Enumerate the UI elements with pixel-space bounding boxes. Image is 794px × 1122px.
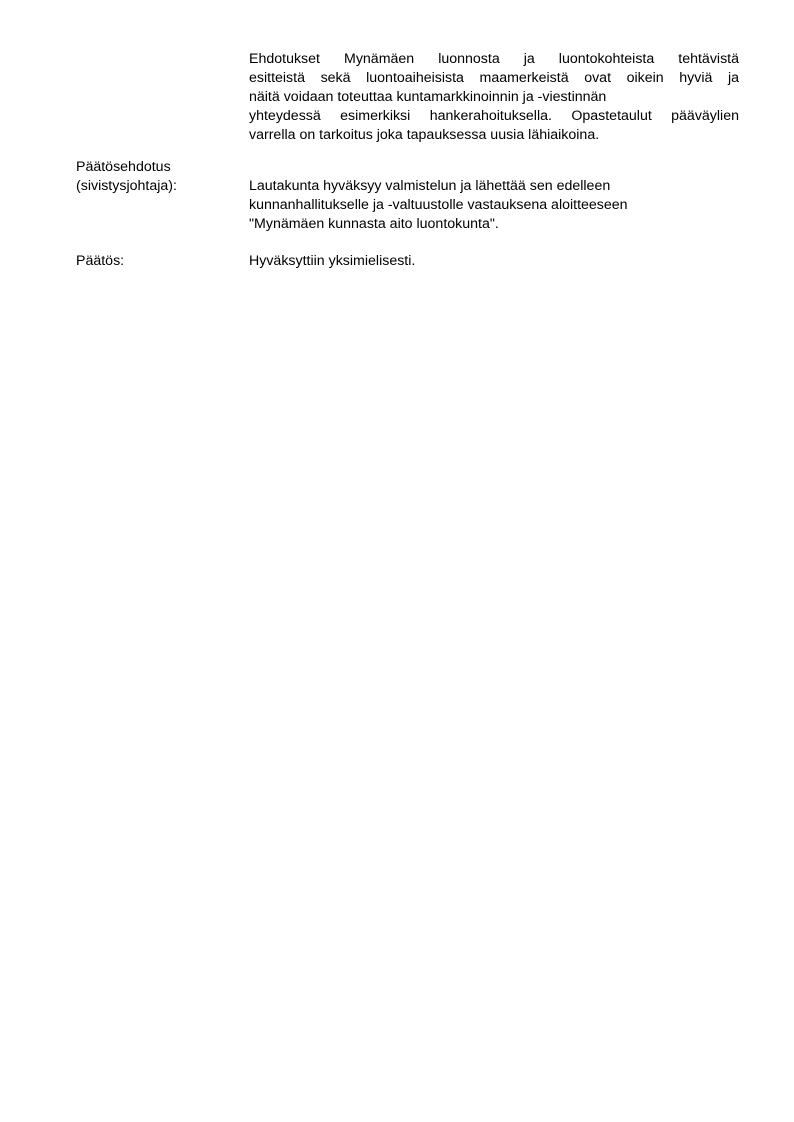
document-page: Ehdotukset Mynämäen luonnosta ja luontok…	[0, 0, 794, 1122]
intro-paragraph-line: esitteistä sekä luontoaiheisista maamerk…	[249, 69, 739, 88]
decision-text: Hyväksyttiin yksimielisesti.	[249, 252, 739, 271]
decision-proposal-label: Päätösehdotus (sivistysjohtaja):	[76, 158, 177, 196]
intro-paragraph-line: varrella on tarkoitus joka tapauksessa u…	[249, 126, 739, 145]
decision-proposal-label-line: Päätösehdotus	[76, 158, 177, 177]
intro-paragraph-line: näitä voidaan toteuttaa kuntamarkkinoinn…	[249, 88, 739, 107]
decision-proposal-text-line: Lautakunta hyväksyy valmistelun ja lähet…	[249, 177, 739, 196]
decision-proposal-text: Lautakunta hyväksyy valmistelun ja lähet…	[249, 177, 739, 234]
decision-proposal-label-line: (sivistysjohtaja):	[76, 177, 177, 196]
intro-paragraph: Ehdotukset Mynämäen luonnosta ja luontok…	[249, 50, 739, 145]
decision-label-text: Päätös:	[76, 252, 124, 271]
decision-label: Päätös:	[76, 252, 124, 271]
decision-proposal-text-line: kunnanhallitukselle ja -valtuustolle vas…	[249, 196, 739, 215]
intro-paragraph-line: yhteydessä esimerkiksi hankerahoituksell…	[249, 107, 739, 126]
decision-text-line: Hyväksyttiin yksimielisesti.	[249, 252, 739, 271]
intro-paragraph-line: Ehdotukset Mynämäen luonnosta ja luontok…	[249, 50, 739, 69]
decision-proposal-text-line: "Mynämäen kunnasta aito luontokunta".	[249, 215, 739, 234]
